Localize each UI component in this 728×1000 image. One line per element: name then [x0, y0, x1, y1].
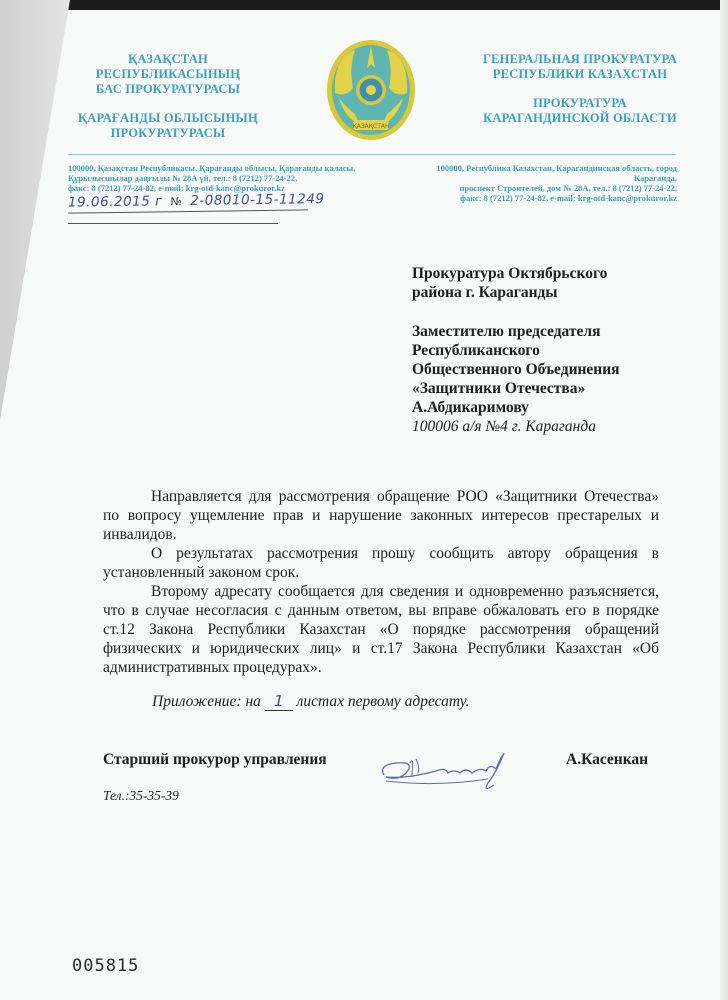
letterhead-ru-line3: ПРОКУРАТУРА	[460, 96, 700, 111]
addressee-2-line1: Заместителю председателя	[412, 322, 692, 341]
number-sign: №	[170, 195, 182, 208]
letterhead-kz-line2: БАС ПРОКУРАТУРАСЫ	[58, 82, 278, 97]
blank-reference-line	[68, 223, 278, 224]
registration-date: 19.06.2015 г	[68, 193, 163, 210]
registration-number: 2-08010-15-11249	[190, 191, 324, 209]
addressee-2-line5: А.Абдикаримову	[412, 398, 692, 417]
addressee-2-line3: Общественного Объединения	[412, 360, 692, 379]
body-paragraph: О результатах рассмотрения прошу сообщит…	[103, 544, 659, 582]
signatory-title: Старший прокурор управления	[103, 751, 327, 769]
address-ru-line1: 100000, Республика Казахстан, Карагандин…	[395, 163, 677, 183]
letterhead-kz-line3: ҚАРАҒАНДЫ ОБЛЫСЫНЫҢ	[58, 111, 278, 126]
addressee-2-line2: Республиканского	[412, 341, 692, 360]
attachment-count: 1	[265, 692, 293, 711]
svg-text:ҚАЗАҚСТАН: ҚАЗАҚСТАН	[352, 123, 389, 130]
scan-edge-right	[720, 0, 728, 1000]
letterhead-divider	[68, 154, 676, 155]
letterhead-ru-line2: РЕСПУБЛИКИ КАЗАХСТАН	[460, 67, 700, 82]
addressee-1-line1: Прокуратура Октябрьского	[412, 264, 692, 283]
letterhead-russian: ГЕНЕРАЛЬНАЯ ПРОКУРАТУРА РЕСПУБЛИКИ КАЗАХ…	[460, 52, 700, 126]
letterhead-kz-line1: ҚАЗАҚСТАН РЕСПУБЛИКАСЫНЫҢ	[58, 52, 278, 82]
addressee-2-postal: 100006 а/я №4 г. Караганда	[412, 417, 692, 436]
letterhead-ru-line4: КАРАГАНДИНСКОЙ ОБЛАСТИ	[460, 111, 700, 126]
addressee-1-line2: района г. Караганды	[412, 283, 692, 302]
attachment-note: Приложение: на 1 листах первому адресату…	[152, 692, 469, 711]
address-kazakh: 100000, Қазақстан Республикасы, Қарағанд…	[68, 163, 368, 193]
address-kz-line1: 100000, Қазақстан Республикасы, Қарағанд…	[68, 163, 368, 173]
attachment-suffix: листах первому адресату.	[297, 693, 470, 710]
letter-body: Направляется для рассмотрения обращение …	[103, 487, 659, 677]
attachment-prefix: Приложение: на	[152, 693, 261, 710]
contact-phone: Тел.:35-35-39	[103, 788, 179, 804]
handwritten-signature-icon	[376, 745, 526, 795]
state-emblem-icon: ҚАЗАҚСТАН	[325, 38, 417, 142]
letterhead-ru-line1: ГЕНЕРАЛЬНАЯ ПРОКУРАТУРА	[460, 52, 700, 67]
body-paragraph: Направляется для рассмотрения обращение …	[103, 487, 659, 544]
addressee-2-line4: «Защитники Отечества»	[412, 379, 692, 398]
body-paragraph: Второму адресату сообщается для сведения…	[103, 582, 659, 677]
address-russian: 100000, Республика Казахстан, Карагандин…	[395, 163, 677, 203]
addressee-block: Прокуратура Октябрьского района г. Караг…	[412, 264, 692, 436]
letterhead-kz-line4: ПРОКУРАТУРАСЫ	[58, 126, 278, 141]
form-serial-number: 005815	[72, 956, 139, 976]
signatory-name: А.Касенкан	[566, 751, 648, 769]
letterhead-kazakh: ҚАЗАҚСТАН РЕСПУБЛИКАСЫНЫҢ БАС ПРОКУРАТУР…	[58, 52, 278, 141]
letter-page: ҚАЗАҚСТАН РЕСПУБЛИКАСЫНЫҢ БАС ПРОКУРАТУР…	[0, 10, 720, 1000]
registration-line: 19.06.2015 г № 2-08010-15-11249	[68, 191, 308, 213]
address-ru-line2: проспект Строителей, дом № 28А, тел.: 8 …	[395, 183, 677, 193]
address-kz-line2: Құрылысшылар даңғылы № 28А үй, тел.: 8 (…	[68, 173, 368, 183]
address-ru-line3: факс: 8 (7212) 77-24-82, e-mail: krg-otd…	[395, 193, 677, 203]
scan-edge-top	[0, 0, 728, 10]
